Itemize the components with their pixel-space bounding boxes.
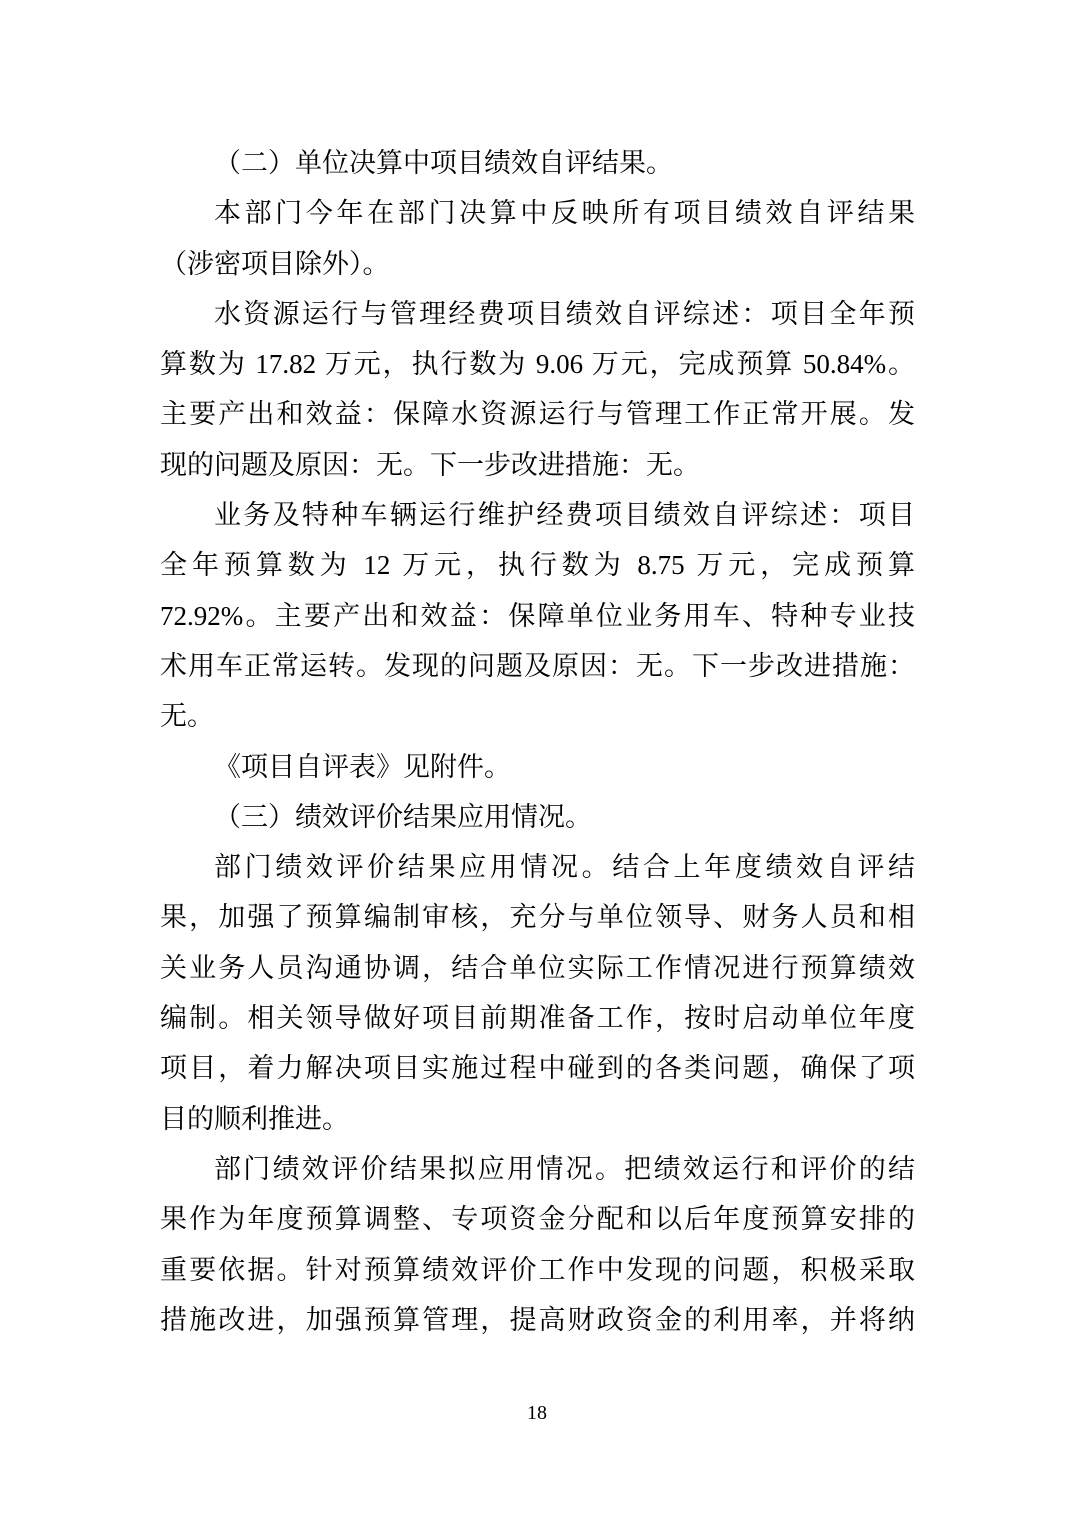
text-line: 果，加强了预算编制审核，充分与单位领导、财务人员和相 [160, 892, 915, 942]
text-line: （三）绩效评价结果应用情况。 [160, 792, 915, 842]
text-line: 目的顺利推进。 [160, 1094, 915, 1144]
text-line: 《项目自评表》见附件。 [160, 742, 915, 792]
text-line: 无。 [160, 691, 915, 741]
text-line: 72.92%。主要产出和效益：保障单位业务用车、特种专业技 [160, 591, 915, 641]
text-line: 水资源运行与管理经费项目绩效自评综述：项目全年预 [160, 289, 915, 339]
page-number: 18 [527, 1402, 547, 1424]
document-page: （二）单位决算中项目绩效自评结果。本部门今年在部门决算中反映所有项目绩效自评结果… [0, 0, 1074, 1520]
text-line: 现的问题及原因：无。下一步改进措施：无。 [160, 440, 915, 490]
text-line: 部门绩效评价结果拟应用情况。把绩效运行和评价的结 [160, 1144, 915, 1194]
text-line: 编制。相关领导做好项目前期准备工作，按时启动单位年度 [160, 993, 915, 1043]
text-line: 措施改进，加强预算管理，提高财政资金的利用率，并将纳 [160, 1295, 915, 1345]
text-line: 果作为年度预算调整、专项资金分配和以后年度预算安排的 [160, 1194, 915, 1244]
text-line: 术用车正常运转。发现的问题及原因：无。下一步改进措施： [160, 641, 915, 691]
document-body: （二）单位决算中项目绩效自评结果。本部门今年在部门决算中反映所有项目绩效自评结果… [160, 138, 915, 1345]
page-footer: 18 [0, 1400, 1074, 1426]
text-line: 部门绩效评价结果应用情况。结合上年度绩效自评结 [160, 842, 915, 892]
text-line: 重要依据。针对预算绩效评价工作中发现的问题，积极采取 [160, 1245, 915, 1295]
text-line: 业务及特种车辆运行维护经费项目绩效自评综述：项目 [160, 490, 915, 540]
text-line: （涉密项目除外）。 [160, 239, 915, 289]
text-line: 全年预算数为 12 万元，执行数为 8.75 万元，完成预算 [160, 540, 915, 590]
text-line: 主要产出和效益：保障水资源运行与管理工作正常开展。发 [160, 389, 915, 439]
text-line: （二）单位决算中项目绩效自评结果。 [160, 138, 915, 188]
text-line: 本部门今年在部门决算中反映所有项目绩效自评结果 [160, 188, 915, 238]
text-line: 项目，着力解决项目实施过程中碰到的各类问题，确保了项 [160, 1043, 915, 1093]
text-line: 关业务人员沟通协调，结合单位实际工作情况进行预算绩效 [160, 943, 915, 993]
text-line: 算数为 17.82 万元，执行数为 9.06 万元，完成预算 50.84%。 [160, 339, 915, 389]
